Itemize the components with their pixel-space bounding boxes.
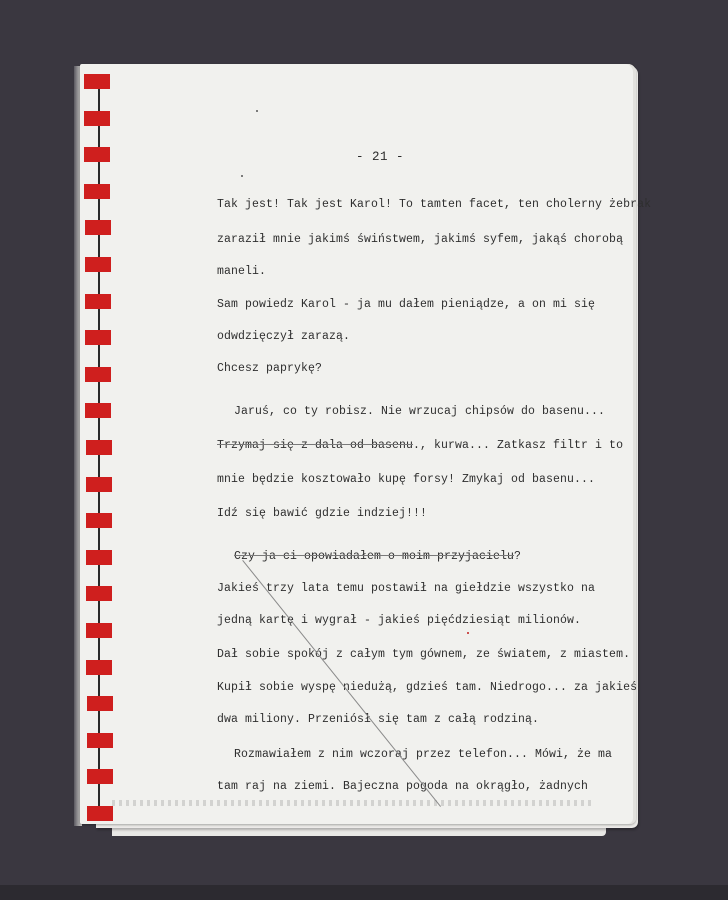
binding-tab — [86, 477, 112, 492]
line-text: Kupił sobie wyspę niedużą, gdzieś tam. N… — [217, 681, 637, 694]
text-line: Trzymaj się z dala od basenu., kurwa... … — [217, 439, 623, 452]
scan-speck — [256, 110, 258, 112]
text-line: Kupił sobie wyspę niedużą, gdzieś tam. N… — [217, 681, 637, 694]
binding-tab — [86, 440, 112, 455]
binding-tab — [84, 184, 110, 199]
text-line: dwa miliony. Przeniósł się tam z całą ro… — [217, 713, 539, 726]
binding-tab — [86, 550, 112, 565]
line-text: Jaruś, co ty robisz. Nie wrzucaj chipsów… — [234, 405, 605, 418]
background-edge — [0, 885, 728, 900]
line-text: Jakieś trzy lata temu postawił na giełdz… — [217, 582, 595, 595]
page-number: - 21 - — [356, 150, 404, 164]
binding-tab — [85, 257, 111, 272]
text-line: zaraził mnie jakimś świństwem, jakimś sy… — [217, 233, 623, 246]
binding-tab — [86, 513, 112, 528]
text-line: jedną kartę i wygrał - jakieś pięćdziesi… — [217, 614, 581, 627]
text-line: Tak jest! Tak jest Karol! To tamten face… — [217, 198, 651, 211]
text-line: odwdzięczył zarazą. — [217, 330, 350, 343]
text-line: Jakieś trzy lata temu postawił na giełdz… — [217, 582, 595, 595]
binding-tab — [84, 111, 110, 126]
line-text: mnie będzie kosztowało kupę forsy! Zmyka… — [217, 473, 595, 486]
text-line: Chcesz paprykę? — [217, 362, 322, 375]
text-line: Rozmawiałem z nim wczoraj przez telefon.… — [234, 748, 612, 761]
line-text: maneli. — [217, 265, 266, 278]
text-line: Idź się bawić gdzie indziej!!! — [217, 507, 427, 520]
binding-tab — [87, 806, 113, 821]
text-line: Jaruś, co ty robisz. Nie wrzucaj chipsów… — [234, 405, 605, 418]
binding-tab — [86, 586, 112, 601]
binding-tab — [86, 660, 112, 675]
line-text: Tak jest! Tak jest Karol! To tamten face… — [217, 198, 651, 211]
line-text: odwdzięczył zarazą. — [217, 330, 350, 343]
red-mark — [467, 632, 469, 634]
binding-tab — [87, 733, 113, 748]
binding-tab — [84, 74, 110, 89]
line-text: dwa miliony. Przeniósł się tam z całą ro… — [217, 713, 539, 726]
line-text: Rozmawiałem z nim wczoraj przez telefon.… — [234, 748, 612, 761]
line-text: ? — [514, 550, 521, 563]
binding-tab — [85, 220, 111, 235]
struck-text: Czy ja ci opowiadałem o moim przyjacielu — [234, 550, 514, 563]
binding-tab — [85, 330, 111, 345]
text-line: tam raj na ziemi. Bajeczna pogoda na okr… — [217, 780, 588, 793]
text-line: Sam powiedz Karol - ja mu dałem pieniądz… — [217, 298, 595, 311]
line-text: Sam powiedz Karol - ja mu dałem pieniądz… — [217, 298, 595, 311]
scan-noise — [112, 800, 592, 806]
binding-tab — [87, 769, 113, 784]
binding-tab — [85, 367, 111, 382]
line-text: zaraził mnie jakimś świństwem, jakimś sy… — [217, 233, 623, 246]
line-text: ., kurwa... Zatkasz filtr i to — [413, 439, 623, 452]
text-line: Dał sobie spokój z całym tym gównem, ze … — [217, 648, 630, 661]
binding-tab — [85, 294, 111, 309]
scan-speck — [241, 175, 243, 177]
binding-tab — [84, 147, 110, 162]
struck-text: Trzymaj się z dala od basenu — [217, 439, 413, 452]
line-text: Idź się bawić gdzie indziej!!! — [217, 507, 427, 520]
line-text: jedną kartę i wygrał - jakieś pięćdziesi… — [217, 614, 581, 627]
line-text: Chcesz paprykę? — [217, 362, 322, 375]
binding-tab — [85, 403, 111, 418]
line-text: Dał sobie spokój z całym tym gównem, ze … — [217, 648, 630, 661]
text-line: Czy ja ci opowiadałem o moim przyjacielu… — [234, 550, 521, 563]
text-line: maneli. — [217, 265, 266, 278]
binding-tab — [86, 623, 112, 638]
line-text: tam raj na ziemi. Bajeczna pogoda na okr… — [217, 780, 588, 793]
binding-tab — [87, 696, 113, 711]
text-line: mnie będzie kosztowało kupę forsy! Zmyka… — [217, 473, 595, 486]
